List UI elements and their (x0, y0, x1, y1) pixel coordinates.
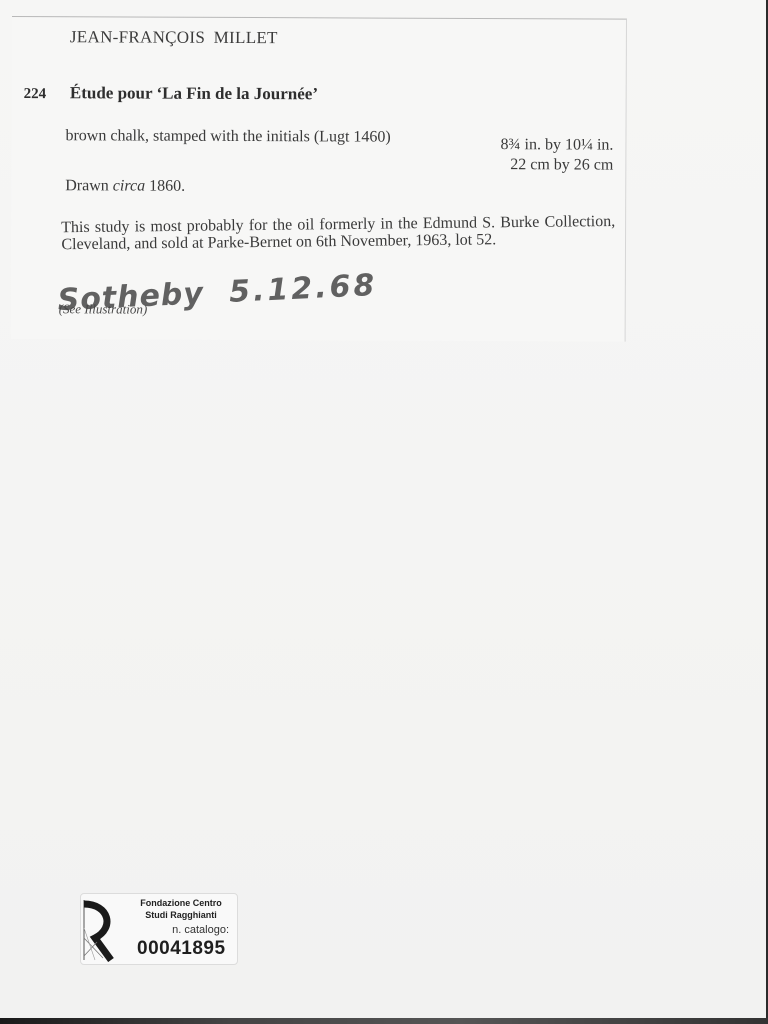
catalog-number: 00041895 (137, 938, 226, 960)
artwork-dimensions: 8¾ in. by 10¼ in. 22 cm by 26 cm (500, 135, 613, 175)
archive-page: JEAN-FRANÇOIS MILLET 224 Étude pour ‘La … (0, 0, 768, 1018)
dated-circa: circa (113, 177, 145, 194)
dated-prefix: Drawn (65, 177, 109, 194)
handwritten-annotation: Sotheby 5.12.68 (57, 268, 378, 318)
artwork-medium: brown chalk, stamped with the initials (… (65, 127, 390, 146)
r-logo-icon (81, 898, 121, 962)
lot-heading: 224 Étude pour ‘La Fin de la Journée’ (24, 83, 318, 104)
artwork-date: Drawn circa 1860. (65, 177, 185, 196)
catalog-label: n. catalogo: (172, 924, 229, 936)
dated-year: 1860. (149, 178, 185, 195)
stamp-org-line1: Fondazione Centro (133, 897, 229, 909)
artwork-title: Étude pour ‘La Fin de la Journée’ (70, 83, 318, 103)
handwritten-date: 5.12.68 (228, 268, 378, 310)
artist-name: JEAN-FRANÇOIS MILLET (70, 27, 278, 48)
archive-stamp: Fondazione Centro Studi Ragghianti n. ca… (80, 893, 238, 965)
dimensions-metric: 22 cm by 26 cm (500, 155, 613, 175)
catalogue-clipping: JEAN-FRANÇOIS MILLET 224 Étude pour ‘La … (11, 16, 627, 342)
scan-bottom-edge (0, 1018, 768, 1024)
handwritten-auction-house: Sotheby (57, 276, 205, 318)
stamp-organization: Fondazione Centro Studi Ragghianti (133, 897, 229, 921)
provenance-note: This study is most probably for the oil … (61, 213, 615, 253)
lot-number: 224 (24, 86, 66, 103)
stamp-org-line2: Studi Ragghianti (133, 909, 229, 921)
dimensions-imperial: 8¾ in. by 10¼ in. (501, 135, 614, 155)
